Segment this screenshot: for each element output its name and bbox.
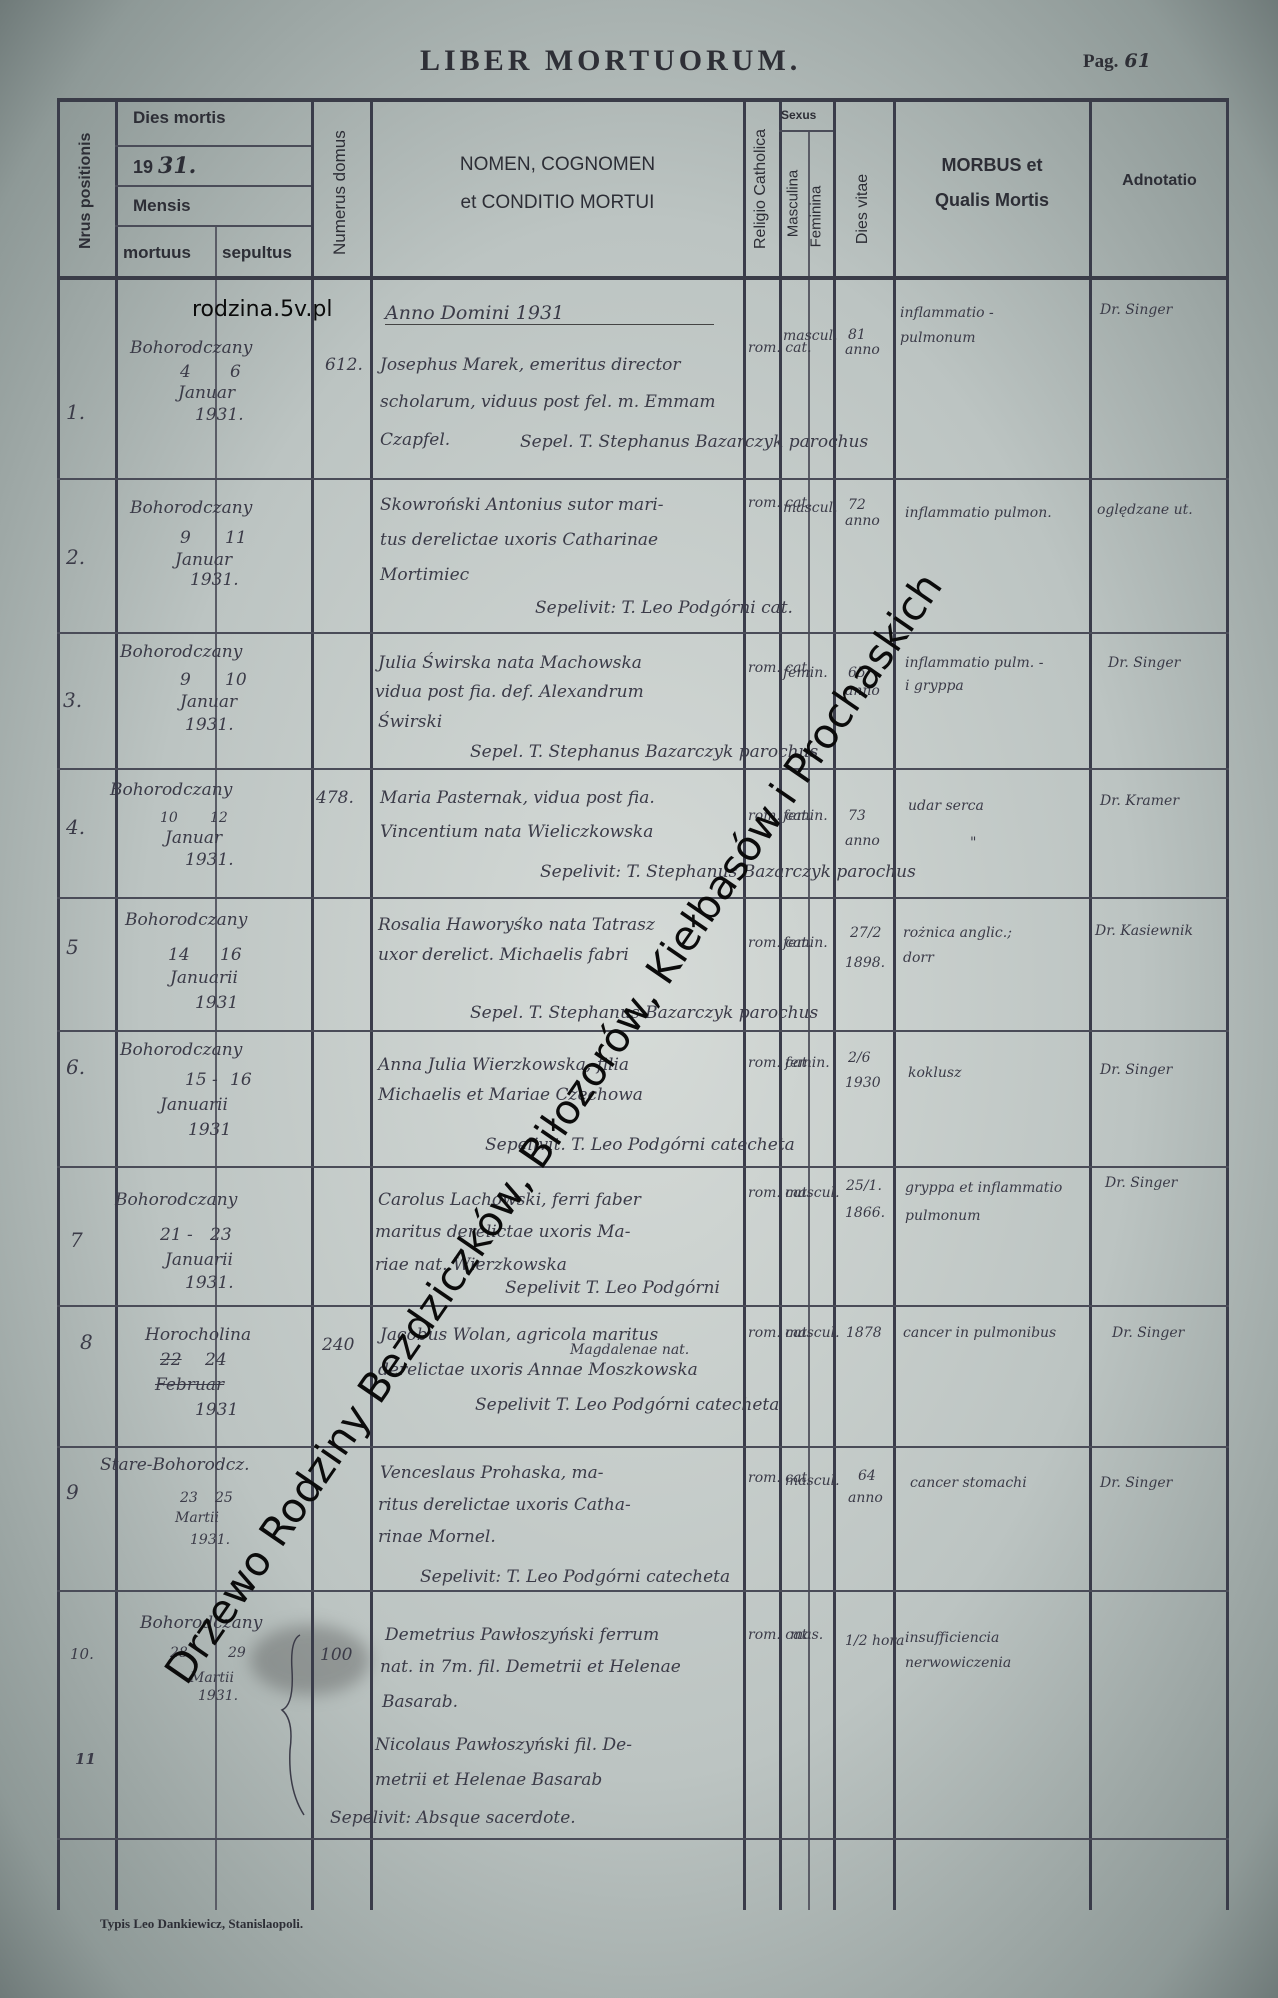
entry-vitae: anno (845, 513, 880, 529)
entry-morbus: udar serca (908, 798, 984, 814)
entry-name-line: uxor derelict. Michaelis fabri (378, 945, 629, 965)
entry-vitae: 1930 (845, 1075, 881, 1091)
entry-sepultus: 24 (205, 1350, 227, 1370)
entry-vitae: 72 (848, 497, 866, 513)
entry-name-line: Mortimiec (380, 565, 469, 585)
entry-sepultus: 16 (230, 1070, 252, 1090)
header-nomen-line1: NOMEN, COGNOMEN (372, 154, 743, 176)
entry-morbus: rożnica anglic.; (903, 925, 1012, 941)
col-line (115, 100, 118, 1910)
entry-vitae: 1878 (846, 1325, 882, 1341)
entry-number: 2. (66, 545, 85, 569)
entry-sexus: femin. (785, 1055, 830, 1071)
row-line (57, 1838, 1229, 1840)
entry-sepultus: 25 (215, 1490, 233, 1506)
entry-burial-note: Sepelivit: Absque sacerdote. (330, 1808, 576, 1828)
entry-year: 1931. (195, 405, 244, 425)
entry-name-line: Demetrius Pawłoszyński ferrum (385, 1625, 659, 1645)
entry-mortuus: 14 (168, 945, 190, 965)
entry-adnotatio: Dr. Singer (1100, 1475, 1172, 1491)
header-mensis: Mensis (133, 196, 191, 216)
entry-name-line: Basarab. (382, 1692, 458, 1712)
entry-vitae: 25/1. (846, 1178, 882, 1194)
entry-mortuus: 9 (180, 528, 191, 548)
entry-burial-note: Sepel. T. Stephanus Bazarczyk parochus (520, 432, 868, 452)
row-line (57, 1446, 1229, 1448)
row-line (57, 768, 1229, 770)
header-feminina: Feminina (808, 177, 825, 257)
entry-month: Februar (155, 1375, 224, 1395)
bracket-icon (270, 1630, 310, 1820)
entry-adnotatio: Dr. Singer (1112, 1325, 1184, 1341)
entry-name-line: Czapfel. (380, 430, 450, 450)
entry-morbus: pulmonum (905, 1208, 980, 1224)
header-year: 19 31. (133, 153, 196, 179)
entry-year: 1931. (190, 570, 239, 590)
entry-morbus: inflammatio pulm. - (905, 655, 1043, 671)
entry-vitae: anno (845, 342, 880, 358)
header-dies-vitae: Dies vitae (854, 169, 872, 249)
entry-adnotatio: Dr. Kasiewnik (1095, 923, 1193, 939)
col-line (1226, 100, 1229, 1910)
entry-month: Martii (175, 1510, 219, 1526)
entry-name-line: tus derelictae uxoris Catharinae (380, 530, 658, 550)
entry-number: 7 (70, 1228, 83, 1252)
entry-sepultus: 16 (220, 945, 242, 965)
entry-sexus: mas. (790, 1627, 823, 1643)
entry-month: Januar (165, 828, 222, 848)
header-line (115, 185, 311, 187)
col-line (1089, 100, 1092, 1910)
entry-morbus: cancer stomachi (910, 1475, 1027, 1491)
entry-sepultus: 29 (228, 1645, 246, 1661)
row-line (57, 1305, 1229, 1307)
entry-morbus: koklusz (908, 1065, 961, 1081)
entry-mortuus: 21 - (160, 1225, 193, 1245)
entry-name-line: Rosalia Haworyśko nata Tatrasz (378, 915, 655, 935)
entry-month: Januarii (170, 968, 238, 988)
entry-year: 1931. (185, 715, 234, 735)
entry-name-line: Skowroński Antonius sutor mari- (380, 495, 664, 515)
entry-mortuus: 4 (180, 362, 191, 382)
entry-month: Januarii (160, 1095, 228, 1115)
header-numerus-domus: Numerus domus (330, 135, 350, 255)
entry-vitae: 81 (848, 327, 866, 343)
entry-morbus: i gryppa (905, 678, 964, 694)
entry-place: Horocholina (145, 1325, 251, 1345)
entry-vitae: 1898. (845, 955, 885, 971)
entry-domus: 478. (316, 788, 354, 808)
header-nomen-line2: et CONDITIO MORTUI (372, 192, 743, 214)
entry-number: 9 (66, 1480, 79, 1504)
header-sepultus: sepultus (222, 243, 292, 263)
entry-name-line: Magdalenae nat. (570, 1342, 689, 1358)
header-sexus: Sexus (781, 108, 816, 122)
entry-month: Januar (180, 692, 237, 712)
entry-number: 11 (75, 1750, 96, 1768)
entry-sepultus: 11 (225, 528, 247, 548)
entry-sepultus: 10 (225, 670, 247, 690)
entry-vitae: 1866. (845, 1205, 885, 1221)
entry-sepultus: 12 (210, 810, 228, 826)
entry-mortuus: 15 - (185, 1070, 218, 1090)
entry-number: 10. (70, 1645, 94, 1663)
entry-name-line: derelictae uxoris Annae Moszkowska (378, 1360, 698, 1380)
entry-sexus: mascul. (783, 500, 838, 516)
entry-sexus: femin. (783, 665, 828, 681)
entry-sepultus: 6 (230, 362, 241, 382)
entry-place: Bohorodczany (120, 1040, 242, 1060)
entry-name-line: Venceslaus Prohaska, ma- (380, 1463, 604, 1483)
entry-morbus: dorr (903, 950, 934, 966)
entry-name-line: ritus derelictae uxoris Catha- (378, 1495, 631, 1515)
register-title: LIBER MORTUORUM. (420, 44, 801, 78)
entry-morbus: pulmonum (900, 330, 975, 346)
entry-morbus: inflammatio - (900, 305, 994, 321)
col-line (311, 100, 314, 1910)
entry-mortuus: 22 (160, 1350, 182, 1370)
site-watermark: rodzina.5v.pl (192, 297, 332, 322)
header-line (779, 130, 833, 132)
entry-number: 4. (66, 815, 85, 839)
entry-place: Bohorodczany (110, 780, 232, 800)
entry-sexus: mascul. (783, 328, 838, 344)
entry-place: Bohorodczany (125, 910, 247, 930)
entry-morbus: " (970, 835, 976, 851)
entry-name-line: scholarum, viduus post fel. m. Emmam (380, 392, 715, 412)
entry-year: 1931 (195, 1400, 238, 1420)
entry-adnotatio: Dr. Singer (1100, 1062, 1172, 1078)
header-morbus-line2: Qualis Mortis (895, 190, 1089, 211)
entry-year: 1931. (190, 1532, 230, 1548)
entry-morbus: gryppa et inflammatio (905, 1180, 1062, 1196)
row-line (57, 897, 1229, 899)
entry-sexus: mascul. (785, 1185, 840, 1201)
entry-adnotatio: Dr. Singer (1105, 1175, 1177, 1191)
entry-sexus: mascul. (785, 1473, 840, 1489)
entry-morbus: insufficiencia (905, 1630, 999, 1646)
entry-year: 1931. (198, 1688, 238, 1704)
entry-number: 3. (63, 688, 82, 712)
entry-place: Bohorodczany (120, 642, 242, 662)
entry-name-line: metrii et Helenae Basarab (375, 1770, 602, 1790)
entry-domus: 240 (322, 1335, 354, 1355)
entry-place: Bohorodczany (115, 1190, 237, 1210)
entry-burial-note: Sepel. T. Stephanus Bazarczyk parochus (470, 742, 818, 762)
entry-number: 8 (80, 1330, 93, 1354)
entry-month: Januar (175, 550, 232, 570)
table-top-border (57, 98, 1229, 102)
entry-year: 1931 (188, 1120, 231, 1140)
entry-name-line: Maria Pasternak, vidua post fia. (380, 788, 655, 808)
entry-adnotatio: Dr. Singer (1100, 302, 1172, 318)
entry-burial-note: Sepelivit: T. Leo Podgórni cat. (535, 598, 793, 618)
entry-burial-note: Sepelivit T. Leo Podgórni (505, 1278, 720, 1298)
entry-vitae: 73 (848, 808, 866, 824)
header-line (115, 225, 311, 227)
col-line (833, 100, 836, 1910)
entry-year: 1931. (185, 850, 234, 870)
entry-sexus: femin. (783, 935, 828, 951)
entry-domus: 100 (320, 1645, 352, 1665)
entry-vitae: 27/2 (850, 925, 881, 941)
row-line (57, 478, 1229, 480)
entry-adnotatio: Dr. Kramer (1100, 793, 1179, 809)
entry-place: Bohorodczany (130, 498, 252, 518)
entry-domus: 612. (325, 355, 363, 375)
entry-burial-note: Sepelivit T. Leo Podgórni catecheta (475, 1395, 779, 1415)
entry-mortuus: 23 (180, 1490, 198, 1506)
header-mortuus: mortuus (123, 243, 191, 263)
entry-name-line: Świrski (378, 712, 442, 732)
header-dies-mortis: Dies mortis (133, 108, 226, 128)
entry-vitae: 2/6 (848, 1050, 871, 1066)
row-line (57, 632, 1229, 634)
entry-number: 5 (66, 935, 79, 959)
entry-name-line: Vincentium nata Wieliczkowska (380, 822, 653, 842)
entry-number: 6. (66, 1055, 85, 1079)
entry-vitae: 64 (858, 1468, 876, 1484)
page-number: Pag.61 (1083, 50, 1151, 73)
header-bottom-border (57, 276, 1229, 280)
entry-burial-note: Sepelivit: T. Leo Podgórni catecheta (420, 1567, 730, 1587)
entry-year: 1931. (185, 1273, 234, 1293)
entry-mortuus: 10 (160, 810, 178, 826)
header-morbus-line1: MORBUS et (895, 155, 1089, 176)
entry-morbus: cancer in pulmonibus (903, 1325, 1056, 1341)
entry-month: Januarii (165, 1250, 233, 1270)
entry-adnotatio: Dr. Singer (1108, 655, 1180, 671)
entry-sepultus: 23 (210, 1225, 232, 1245)
entry-name-line: nat. in 7m. fil. Demetrii et Helenae (380, 1657, 681, 1677)
entry-place: Stare-Bohorodcz. (100, 1455, 250, 1475)
header-religio: Religio Catholica (752, 129, 770, 249)
entry-name-line: vidua post fia. def. Alexandrum (375, 682, 644, 702)
entry-month: Januar (178, 383, 235, 403)
entry-mortuus: 9 (180, 670, 191, 690)
entry-number: 1. (66, 400, 85, 424)
entry-morbus: nerwowiczenia (905, 1655, 1011, 1671)
entry-name-line: Julia Świrska nata Machowska (378, 653, 642, 673)
entry-vitae: 1/2 hora (845, 1633, 904, 1649)
anno-domini-heading: Anno Domini 1931 (385, 302, 714, 325)
col-line (57, 100, 60, 1910)
entry-morbus: inflammatio pulmon. (905, 505, 1052, 521)
printer-imprint: Typis Leo Dankiewicz, Stanislaopoli. (100, 1916, 303, 1932)
header-line (115, 145, 311, 147)
header-nrus: Nrus positionis (77, 149, 95, 249)
header-masculina: Masculina (785, 159, 802, 249)
entry-place: Bohorodczany (130, 338, 252, 358)
entry-name-line: Josephus Marek, emeritus director (380, 355, 681, 375)
col-line (370, 100, 373, 1910)
entry-name-line: rinae Mornel. (378, 1527, 496, 1547)
entry-sexus: mascul. (785, 1325, 840, 1341)
entry-name-line: Nicolaus Pawłoszyński fil. De- (375, 1735, 632, 1755)
entry-year: 1931 (195, 993, 238, 1013)
entry-adnotatio: oględzane ut. (1097, 502, 1193, 518)
entry-vitae: anno (845, 833, 880, 849)
row-line (57, 1166, 1229, 1168)
entry-vitae: anno (848, 1490, 883, 1506)
header-adnotatio: Adnotatio (1093, 172, 1226, 190)
